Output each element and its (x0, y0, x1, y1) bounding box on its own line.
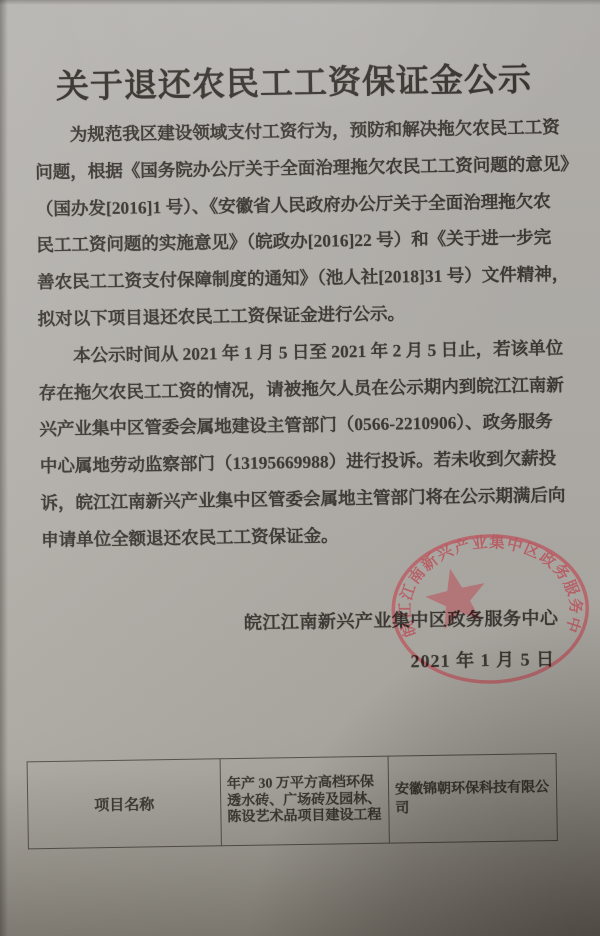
official-seal-stamp: 皖江江南新兴产业集中区政务服务中心 (379, 519, 600, 698)
document-photo: 关于退还农民工工资保证金公示 为规范我区建设领域支付工资行为，预防和解决拖欠农民… (0, 0, 600, 936)
notice-sheet: 关于退还农民工工资保证金公示 为规范我区建设领域支付工资行为，预防和解决拖欠农民… (0, 0, 600, 936)
company-cell: 安徽锦朝环保科技有限公司 (388, 754, 557, 844)
stamp-arc-text: 皖江江南新兴产业集中区政务服务中心 (379, 519, 586, 640)
seal-ring (392, 535, 588, 684)
project-table: 项目名称 年产 30 万平方高档环保透水砖、广场砖及园林、陈设艺术品项目建设工程… (27, 753, 558, 849)
table-row: 项目名称 年产 30 万平方高档环保透水砖、广场砖及园林、陈设艺术品项目建设工程… (27, 754, 557, 849)
notice-title: 关于退还农民工工资保证金公示 (0, 59, 594, 108)
svg-text:皖江江南新兴产业集中区政务服务中心: 皖江江南新兴产业集中区政务服务中心 (379, 519, 586, 640)
project-label-cell: 项目名称 (27, 759, 221, 849)
project-name-cell: 年产 30 万平方高档环保透水砖、广场砖及园林、陈设艺术品项目建设工程 (220, 756, 389, 846)
notice-body: 为规范我区建设领域支付工资行为，预防和解决拖欠农民工工资 问题，根据《国务院办公… (34, 109, 571, 559)
